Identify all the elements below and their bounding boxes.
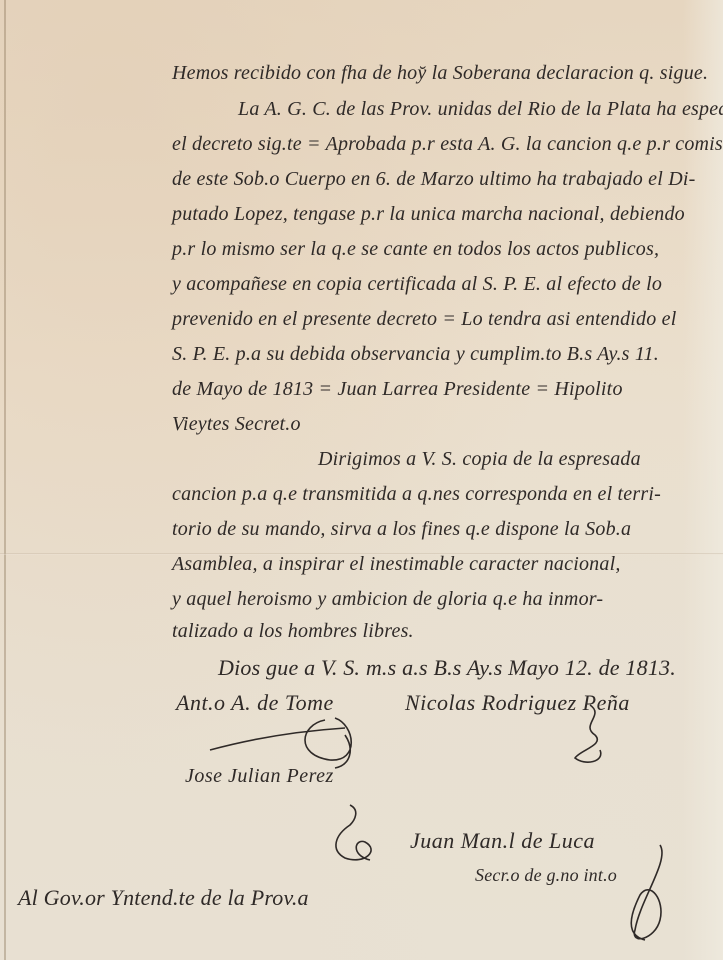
body-line: el decreto sig.te = Aprobada p.r esta A.… [172,133,723,156]
signature-tome: Ant.o A. de Tome [176,690,334,716]
body-line: Vieytes Secret.o [172,413,301,436]
body-line: de este Sob.o Cuerpo en 6. de Marzo ulti… [172,168,695,191]
body-line: talizado a los hombres libres. [172,620,414,643]
body-line: La A. G. C. de las Prov. unidas del Rio … [238,98,723,121]
addressee-line: Al Gov.or Yntend.te de la Prov.a [18,885,309,911]
body-line: de Mayo de 1813 = Juan Larrea Presidente… [172,378,623,401]
body-line: p.r lo mismo ser la q.e se cante en todo… [172,238,659,261]
body-line: putado Lopez, tengase p.r la unica march… [172,203,685,226]
body-line: Asamblea, a inspirar el inestimable cara… [172,553,621,576]
body-line: cancion p.a q.e transmitida a q.nes corr… [172,483,661,506]
signature-perez: Jose Julian Perez [185,765,334,788]
body-line: y acompañese en copia certificada al S. … [172,273,662,296]
body-line: Dirigimos a V. S. copia de la espresada [318,448,641,471]
body-line: prevenido en el presente decreto = Lo te… [172,308,676,331]
body-line: Hemos recibido con fha de hoy̆ la Sobera… [172,62,708,85]
body-line: torio de su mando, sirva a los fines q.e… [172,518,631,541]
page-edge [4,0,6,960]
closing-line: Dios gue a V. S. m.s a.s B.s Ay.s Mayo 1… [218,655,676,681]
body-line: y aquel heroismo y ambicion de gloria q.… [172,588,603,611]
body-line: S. P. E. p.a su debida observancia y cum… [172,343,659,366]
signature-title: Secr.o de g.no int.o [475,865,617,886]
signature-rodriguez-pena: Nicolas Rodriguez Peña [405,690,630,716]
signature-luca: Juan Man.l de Luca [410,828,595,854]
